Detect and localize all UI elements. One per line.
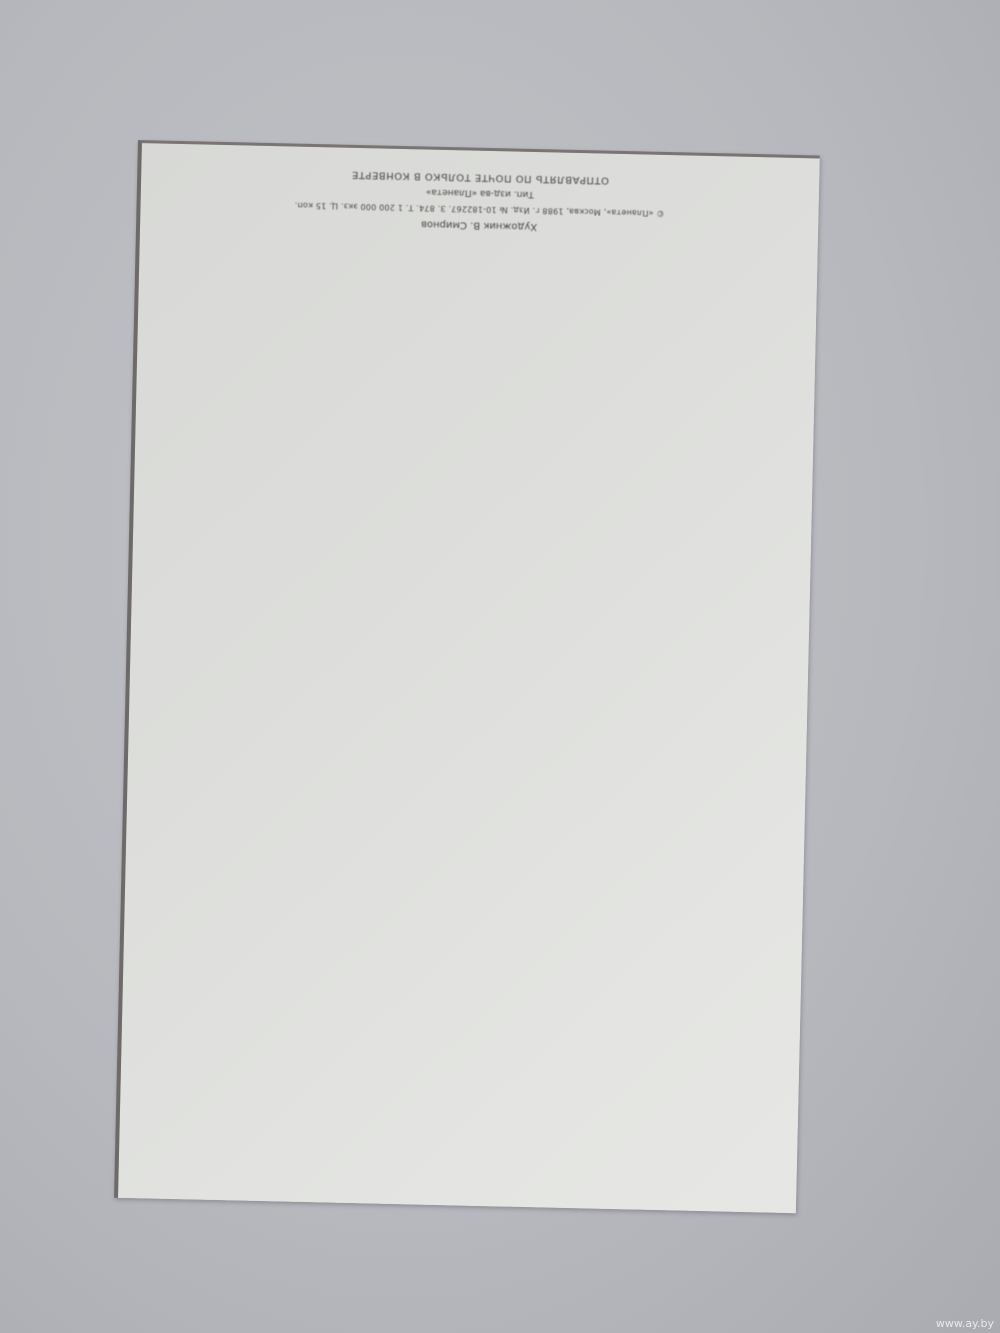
- publisher-imprint: Художник В. Смирнов © «Планета», Москва,…: [140, 161, 819, 240]
- watermark: www.ay.by: [936, 1317, 994, 1330]
- postcard-back: Художник В. Смирнов © «Планета», Москва,…: [114, 140, 820, 1213]
